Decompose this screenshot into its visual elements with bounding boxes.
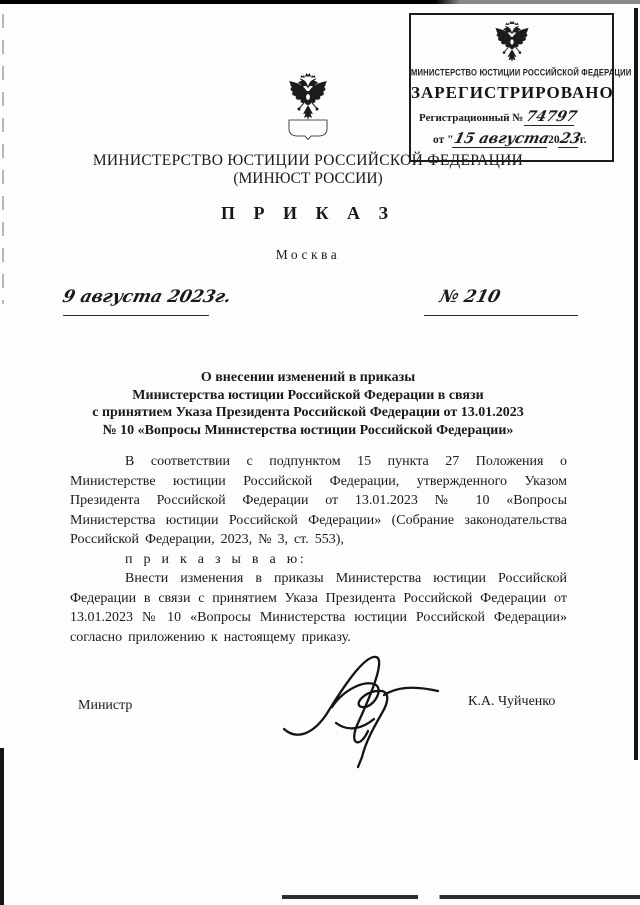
registration-stamp: МИНИСТЕРСТВО ЮСТИЦИИ РОССИЙСКОЙ ФЕДЕРАЦИ… — [409, 13, 614, 162]
order-body: В соответствии с подпунктом 15 пункта 27… — [70, 452, 567, 647]
order-date-handwritten: 9 августа 2023г. — [61, 287, 234, 307]
scan-edge-left-dashes — [2, 14, 4, 304]
order-title-line: с принятием Указа Президента Российской … — [40, 404, 576, 422]
stamp-registered-label: ЗАРЕГИСТРИРОВАНО — [411, 83, 612, 103]
document-type-heading: П Р И К А З — [40, 203, 576, 224]
signer-position-label: Министр — [78, 698, 132, 714]
order-number-handwritten: № 210 — [438, 287, 503, 307]
reg-number-label: Регистрационный № — [419, 112, 523, 124]
stamp-date-prefix: от " — [433, 134, 454, 146]
scan-edge-right — [634, 8, 638, 760]
scan-edge-bottom — [282, 895, 640, 899]
ministry-name: МИНИСТЕРСТВО ЮСТИЦИИ РОССИЙСКОЙ ФЕДЕРАЦИ… — [40, 152, 576, 170]
order-number-line: № 210 — [424, 287, 578, 316]
reg-number-value-handwritten: 74797 — [524, 110, 578, 126]
stamp-year-handwritten: 23 — [558, 132, 582, 148]
document-page: МИНИСТЕРСТВО ЮСТИЦИИ РОССИЙСКОЙ ФЕДЕРАЦИ… — [0, 0, 640, 905]
signer-name: К.А. Чуйченко — [468, 694, 555, 710]
order-date-line: 9 августа 2023г. — [63, 287, 209, 316]
russian-coat-of-arms-icon — [283, 72, 333, 140]
body-paragraph-1: В соответствии с подпунктом 15 пункта 27… — [70, 452, 567, 550]
ministry-short-name: (МИНЮСТ РОССИИ) — [40, 170, 576, 188]
stamp-registration-date: от "15 августа2023г. — [433, 132, 606, 148]
stamp-date-handwritten: 15 августа — [452, 132, 550, 148]
prikaz-word: п р и к а з ы в а ю: — [70, 550, 567, 570]
stamp-ministry-line: МИНИСТЕРСТВО ЮСТИЦИИ РОССИЙСКОЙ ФЕДЕРАЦИ… — [411, 67, 612, 77]
order-title: О внесении изменений в приказы Министерс… — [40, 369, 576, 439]
scan-edge-left — [0, 748, 4, 905]
coat-of-arms-emblem — [283, 72, 333, 145]
handwritten-signature-icon — [278, 645, 450, 770]
order-title-line: Министерства юстиции Российской Федераци… — [40, 387, 576, 405]
order-title-line: № 10 «Вопросы Министерства юстиции Росси… — [40, 422, 576, 440]
stamp-registration-number: Регистрационный № 74797 — [419, 110, 606, 126]
scan-edge-top — [0, 0, 640, 4]
stamp-double-headed-eagle-icon — [490, 20, 534, 64]
body-paragraph-2: Внести изменения в приказы Министерства … — [70, 569, 567, 647]
city-label: Москва — [40, 247, 576, 263]
order-title-line: О внесении изменений в приказы — [40, 369, 576, 387]
